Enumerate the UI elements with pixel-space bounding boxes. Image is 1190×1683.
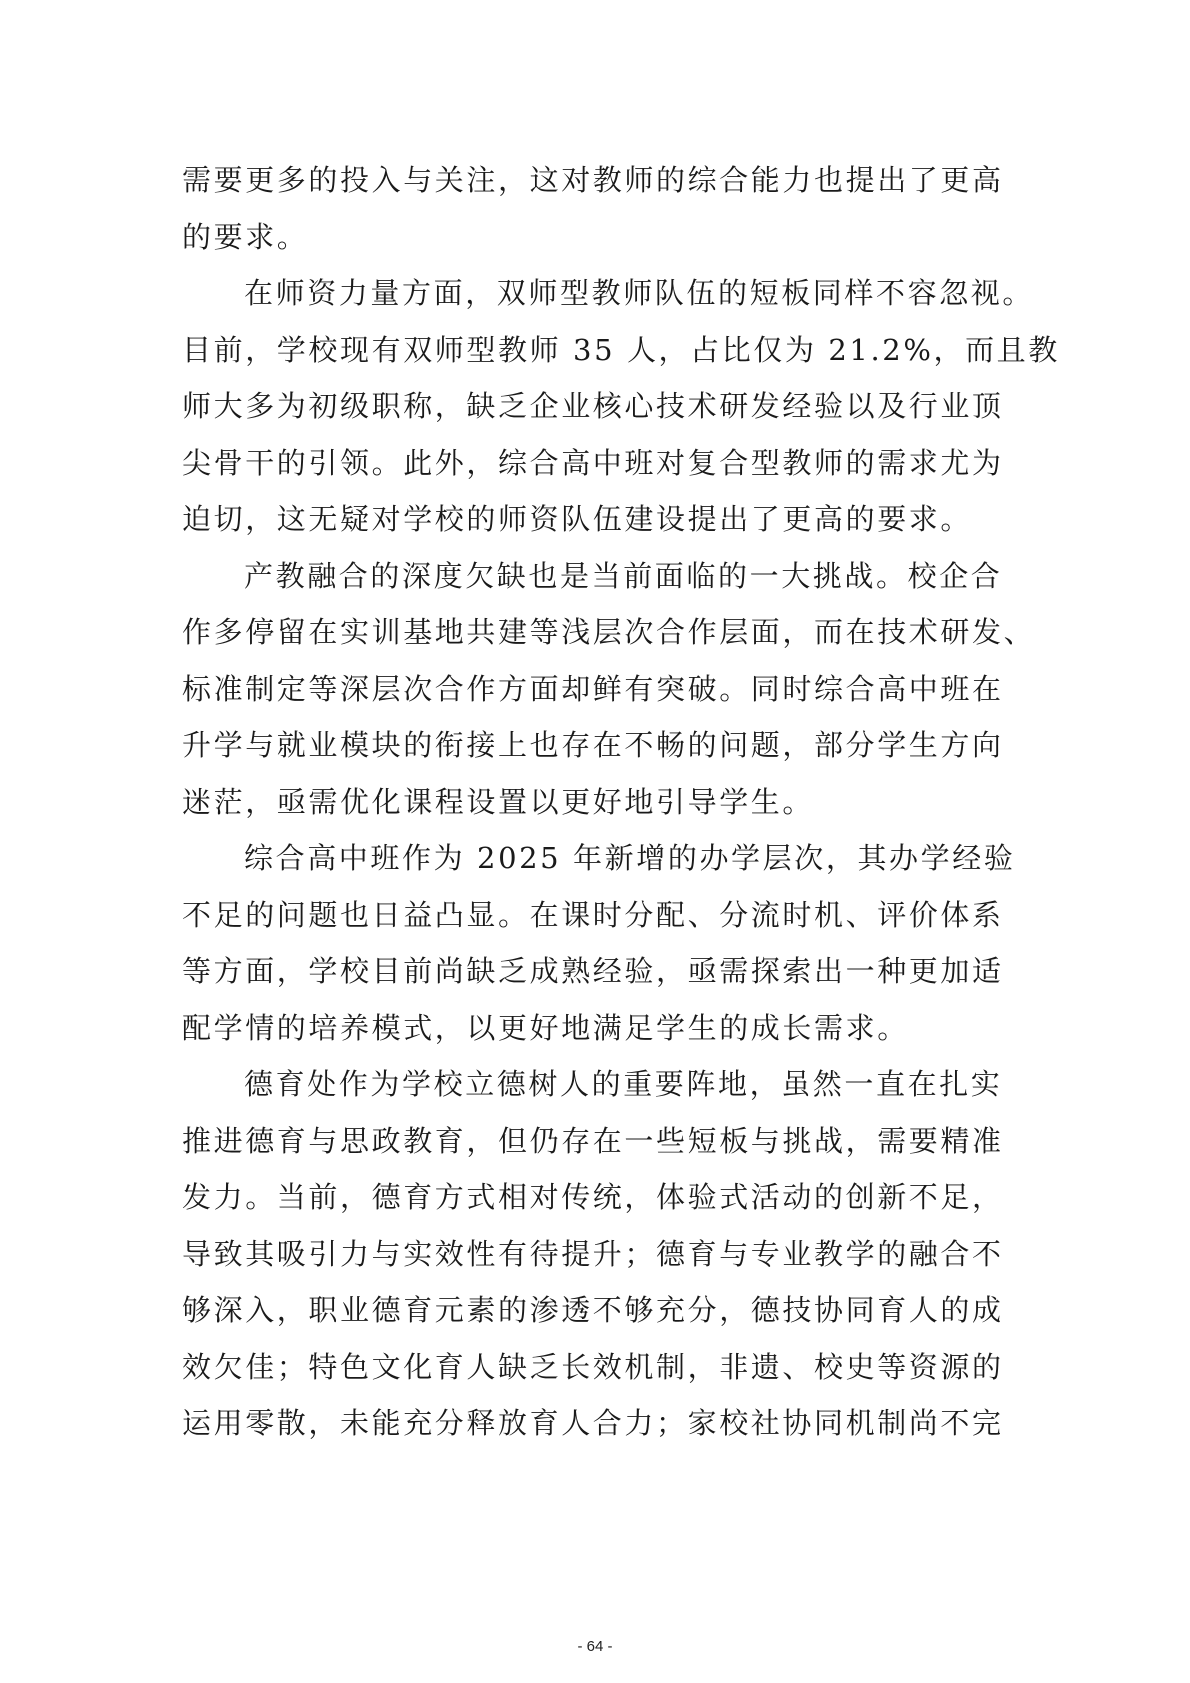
body-text: 需要更多的投入与关注，这对教师的综合能力也提出了更高 的要求。 在师资力量方面，… bbox=[182, 152, 1012, 1452]
text-line: 发力。当前，德育方式相对传统，体验式活动的创新不足， bbox=[182, 1169, 1012, 1226]
text-line: 升学与就业模块的衔接上也存在不畅的问题，部分学生方向 bbox=[182, 717, 1012, 774]
document-page: 需要更多的投入与关注，这对教师的综合能力也提出了更高 的要求。 在师资力量方面，… bbox=[0, 0, 1190, 1683]
text-line: 导致其吸引力与实效性有待提升；德育与专业教学的融合不 bbox=[182, 1226, 1012, 1283]
text-line: 不足的问题也日益凸显。在课时分配、分流时机、评价体系 bbox=[182, 887, 1012, 944]
text-line: 尖骨干的引领。此外，综合高中班对复合型教师的需求尤为 bbox=[182, 435, 1012, 492]
paragraph-start-line: 在师资力量方面，双师型教师队伍的短板同样不容忽视。 bbox=[182, 265, 1012, 322]
text-line: 等方面，学校目前尚缺乏成熟经验，亟需探索出一种更加适 bbox=[182, 943, 1012, 1000]
text-line: 迷茫，亟需优化课程设置以更好地引导学生。 bbox=[182, 774, 1012, 831]
text-line: 需要更多的投入与关注，这对教师的综合能力也提出了更高 bbox=[182, 152, 1012, 209]
text-line: 师大多为初级职称，缺乏企业核心技术研发经验以及行业顶 bbox=[182, 378, 1012, 435]
text-line: 运用零散，未能充分释放育人合力；家校社协同机制尚不完 bbox=[182, 1395, 1012, 1452]
text-line: 标准制定等深层次合作方面却鲜有突破。同时综合高中班在 bbox=[182, 661, 1012, 718]
text-line: 够深入，职业德育元素的渗透不够充分，德技协同育人的成 bbox=[182, 1282, 1012, 1339]
text-line: 推进德育与思政教育，但仍存在一些短板与挑战，需要精准 bbox=[182, 1113, 1012, 1170]
paragraph-start-line: 产教融合的深度欠缺也是当前面临的一大挑战。校企合 bbox=[182, 548, 1012, 605]
text-line: 目前，学校现有双师型教师 35 人，占比仅为 21.2%，而且教 bbox=[182, 322, 1012, 379]
text-line: 的要求。 bbox=[182, 209, 1012, 266]
paragraph-start-line: 综合高中班作为 2025 年新增的办学层次，其办学经验 bbox=[182, 830, 1012, 887]
text-line: 作多停留在实训基地共建等浅层次合作层面，而在技术研发、 bbox=[182, 604, 1012, 661]
text-line: 迫切，这无疑对学校的师资队伍建设提出了更高的要求。 bbox=[182, 491, 1012, 548]
text-line: 效欠佳；特色文化育人缺乏长效机制，非遗、校史等资源的 bbox=[182, 1339, 1012, 1396]
page-number: - 64 - bbox=[0, 1638, 1190, 1655]
text-line: 配学情的培养模式，以更好地满足学生的成长需求。 bbox=[182, 1000, 1012, 1057]
paragraph-start-line: 德育处作为学校立德树人的重要阵地，虽然一直在扎实 bbox=[182, 1056, 1012, 1113]
